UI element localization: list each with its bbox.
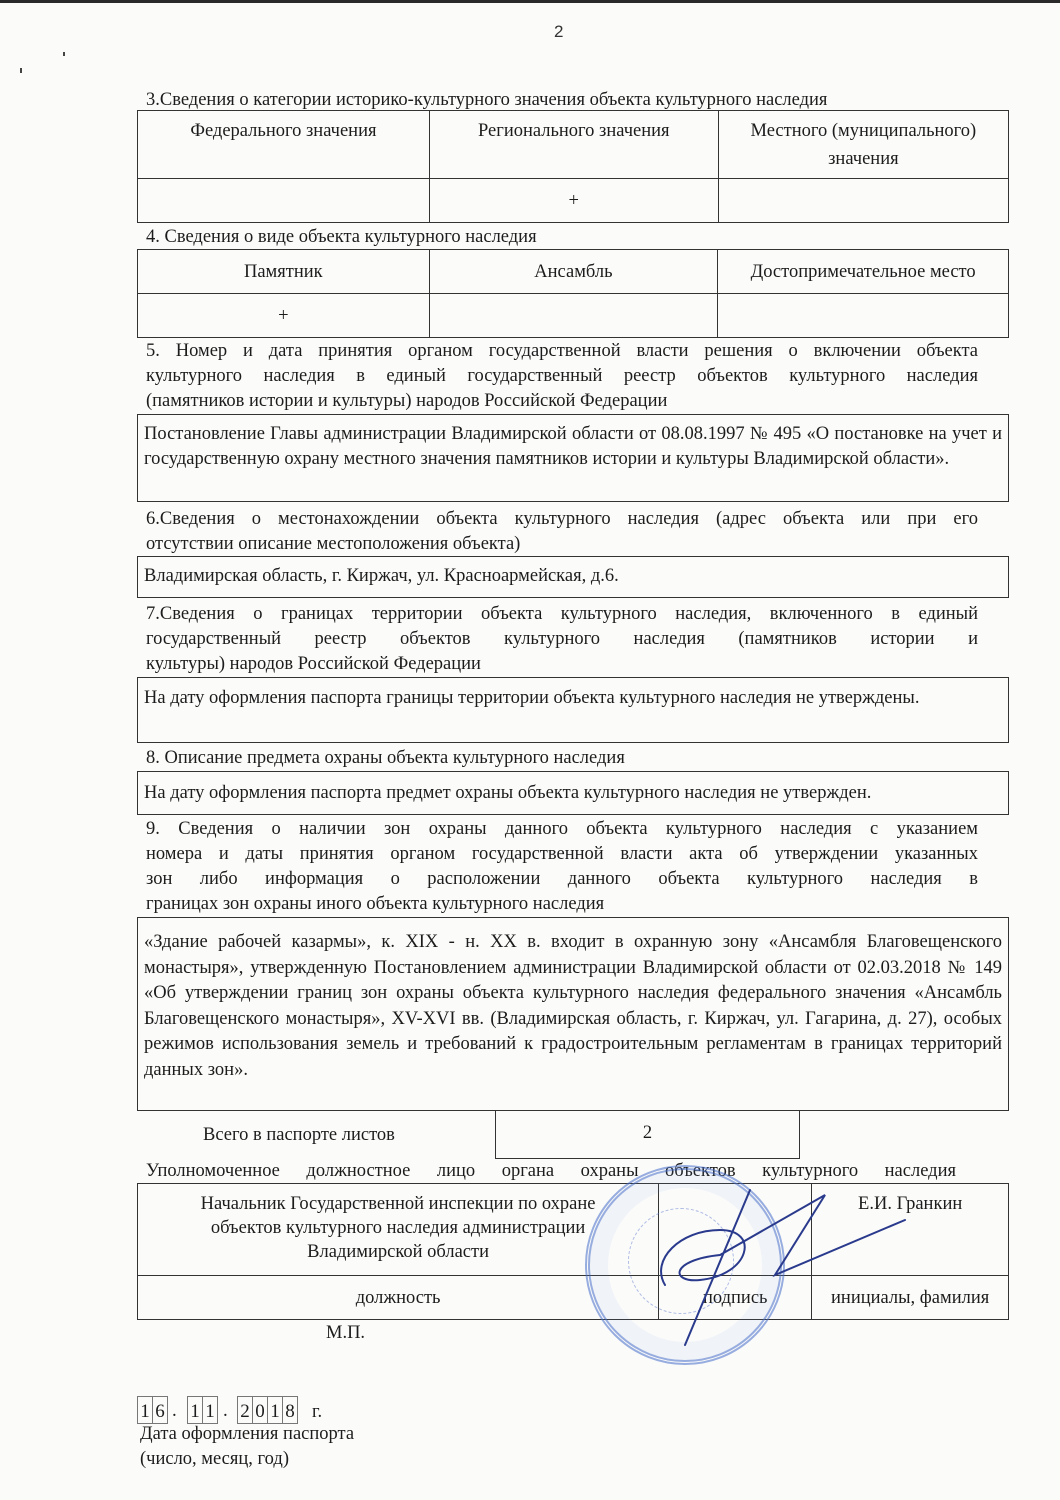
section9-title-line1: 9. Сведения о наличии зон охраны данного… <box>146 817 978 842</box>
date-separator: . <box>223 1400 228 1422</box>
date-month: 1 1 <box>187 1396 217 1424</box>
section4-title: 4. Сведения о виде объекта культурного н… <box>146 225 537 250</box>
section6-title-line1: 6.Сведения о местонахождении объекта кул… <box>146 507 978 532</box>
section9-title-line3: зон либо информация о расположении данно… <box>146 867 978 892</box>
category-value-federal <box>138 179 430 223</box>
section7-title-line2: государственный реестр объектов культурн… <box>146 627 978 652</box>
section9-title-line4: границах зон охраны иного объекта культу… <box>146 892 604 917</box>
seal-label: М.П. <box>326 1321 365 1346</box>
section9-title-line2: номера и даты принятия органом государст… <box>146 842 978 867</box>
section8-value-box: На дату оформления паспорта предмет охра… <box>137 771 1009 815</box>
date-year: 2 0 1 8 <box>237 1396 297 1424</box>
section7-value-box: На дату оформления паспорта границы терр… <box>137 677 1009 743</box>
official-position-line2: объектов культурного наследия администра… <box>142 1216 654 1240</box>
official-position-line1: Начальник Государственной инспекции по о… <box>142 1192 654 1216</box>
category-value-local <box>718 179 1008 223</box>
category-header-federal: Федерального значения <box>138 111 430 179</box>
type-table: Памятник Ансамбль Достопримечательное ме… <box>137 249 1009 338</box>
type-header-ensemble: Ансамбль <box>429 250 718 294</box>
type-header-monument: Памятник <box>138 250 430 294</box>
section5-title-line2: культурного наследия в единый государств… <box>146 364 978 389</box>
section5-title-line1: 5. Номер и дата принятия органом государ… <box>146 339 978 364</box>
section7-title-line3: культуры) народов Российской Федерации <box>146 652 481 677</box>
scan-edge <box>0 0 1060 3</box>
category-value-regional: + <box>429 179 718 223</box>
section6-address-box: Владимирская область, г. Киржач, ул. Кра… <box>137 556 1009 598</box>
date-day: 1 6 <box>137 1396 167 1424</box>
date-year-digit: 0 <box>252 1396 268 1424</box>
date-day-digit: 6 <box>152 1396 168 1424</box>
caption-position: должность <box>138 1276 659 1320</box>
section9-value-box: «Здание рабочей казармы», к. XIX - н. XX… <box>137 917 1009 1111</box>
date-year-digit: 8 <box>282 1396 298 1424</box>
category-table: Федерального значения Регионального знач… <box>137 110 1009 223</box>
section7-title-line1: 7.Сведения о границах территории объекта… <box>146 602 978 627</box>
category-header-regional: Регионального значения <box>429 111 718 179</box>
date-hint: (число, месяц, год) <box>140 1447 289 1472</box>
official-position-line3: Владимирской области <box>142 1240 654 1264</box>
category-header-local: Местного (муниципального) значения <box>718 111 1008 179</box>
scan-speck <box>20 68 22 73</box>
type-value-landmark <box>718 294 1009 338</box>
date-label: Дата оформления паспорта <box>140 1422 354 1447</box>
section8-title: 8. Описание предмета охраны объекта куль… <box>146 746 625 771</box>
official-position: Начальник Государственной инспекции по о… <box>138 1184 659 1276</box>
section5-title-line3: (памятников истории и культуры) народов … <box>146 389 667 414</box>
date-year-digit: 2 <box>237 1396 253 1424</box>
date-separator: . <box>172 1400 177 1422</box>
date-day-digit: 1 <box>137 1396 153 1424</box>
section5-value-box: Постановление Главы администрации Владим… <box>137 414 1009 502</box>
page-number: 2 <box>554 22 563 42</box>
date-year-digit: 1 <box>267 1396 283 1424</box>
type-value-monument: + <box>138 294 430 338</box>
sheets-label: Всего в паспорте листов <box>203 1123 395 1148</box>
signature-icon <box>610 1180 910 1350</box>
scan-speck <box>63 52 65 56</box>
date-month-digit: 1 <box>202 1396 218 1424</box>
date-month-digit: 1 <box>187 1396 203 1424</box>
type-value-ensemble <box>429 294 718 338</box>
type-header-landmark: Достопримечательное место <box>718 250 1009 294</box>
sheets-value: 2 <box>495 1111 800 1159</box>
section6-title-line2: отсутствии описание местоположения объек… <box>146 532 520 557</box>
